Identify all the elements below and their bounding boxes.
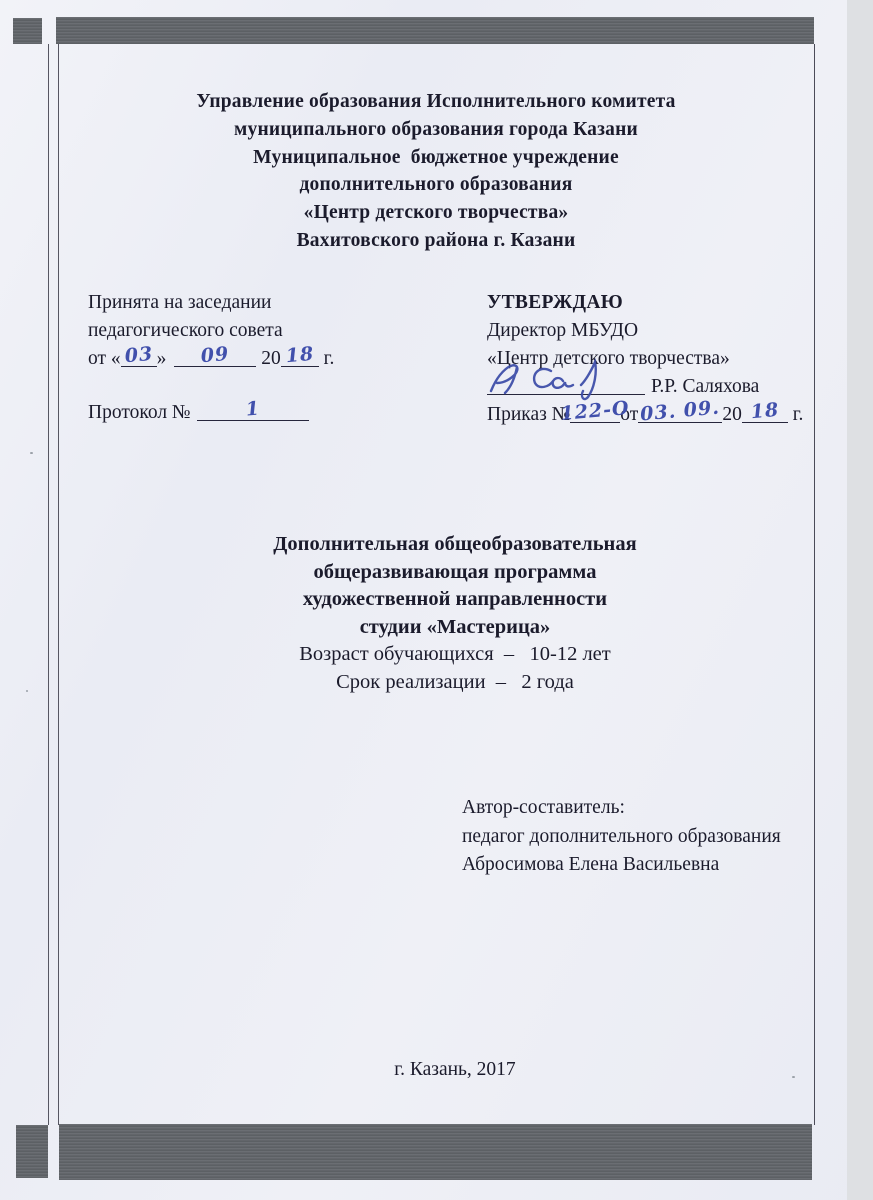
order-line: Приказ №122-Оот03. 09.2018 г.	[487, 401, 803, 429]
scan-artifact-bar-bottom	[59, 1124, 812, 1180]
handwritten-protocol-number: 1	[244, 394, 261, 423]
program-title-line-2: общеразвивающая программа	[95, 559, 815, 587]
date-month-blank: 09	[174, 346, 256, 367]
header-line-1: Управление образования Исполнительного к…	[57, 88, 815, 116]
header-line-5: «Центр детского творчества»	[57, 199, 815, 227]
author-label: Автор-составитель:	[462, 794, 781, 823]
program-age-line: Возраст обучающихся – 10-12 лет	[95, 641, 815, 669]
protocol-label: Протокол №	[88, 402, 191, 423]
page-fold-line-left-outer	[48, 44, 49, 1125]
acceptance-line-1: Принята на заседании	[88, 289, 334, 317]
author-name: Абросимова Елена Васильевна	[462, 851, 781, 880]
date-year-prefix: 20	[256, 348, 280, 369]
approval-heading: УТВЕРЖДАЮ	[487, 289, 803, 317]
scan-artifact-bar-top	[56, 17, 814, 44]
signature-blank	[487, 374, 645, 395]
scanner-edge-strip	[847, 0, 873, 1200]
handwritten-day: 03	[123, 340, 154, 370]
order-number-blank: 122-О	[570, 402, 620, 423]
program-term-line: Срок реализации – 2 года	[95, 669, 815, 697]
protocol-number-blank: 1	[197, 400, 309, 421]
order-year-prefix: 20	[722, 404, 742, 425]
handwritten-order-date: 03. 09.	[639, 394, 721, 429]
date-prefix: от «	[88, 348, 121, 369]
protocol-line: Протокол №1	[88, 399, 334, 427]
scan-speck	[26, 690, 28, 692]
handwritten-order-number: 122-О	[560, 394, 631, 428]
header-line-6: Вахитовского района г. Казани	[57, 227, 815, 255]
header-line-2: муниципального образования города Казани	[57, 116, 815, 144]
scan-speck	[30, 452, 33, 454]
scanned-document-page: Управление образования Исполнительного к…	[0, 0, 873, 1200]
program-title-line-1: Дополнительная общеобразовательная	[95, 531, 815, 559]
program-title-line-4: студии «Мастерица»	[95, 614, 815, 642]
header-line-4: дополнительного образования	[57, 171, 815, 199]
order-year-blank: 18	[742, 402, 788, 423]
order-suffix: г.	[788, 404, 804, 425]
organization-header: Управление образования Исполнительного к…	[57, 88, 815, 255]
order-date-blank: 03. 09.	[638, 402, 722, 423]
handwritten-order-year: 18	[749, 396, 780, 426]
handwritten-year: 18	[284, 340, 315, 370]
author-position: педагог дополнительного образования	[462, 823, 781, 852]
date-suffix: г.	[319, 348, 335, 369]
approval-director-line: Директор МБУДО	[487, 317, 803, 345]
date-close-quote: »	[157, 348, 167, 369]
scan-artifact-bar-bottom-left	[16, 1125, 48, 1178]
acceptance-block: Принята на заседании педагогического сов…	[88, 289, 334, 427]
footer-city-year: г. Казань, 2017	[95, 1059, 815, 1081]
approval-block: УТВЕРЖДАЮ Директор МБУДО «Центр детского…	[487, 289, 803, 429]
handwritten-month: 09	[200, 340, 231, 370]
program-title-block: Дополнительная общеобразовательная общер…	[95, 531, 815, 696]
header-line-3: Муниципальное бюджетное учреждение	[57, 144, 815, 172]
order-label: Приказ №	[487, 404, 570, 425]
scan-artifact-bar-top-left	[13, 18, 42, 44]
acceptance-date-line: от «03»09 2018 г.	[88, 345, 334, 373]
program-title-line-3: художественной направленности	[95, 586, 815, 614]
date-year-blank: 18	[281, 346, 319, 367]
author-block: Автор-составитель: педагог дополнительно…	[462, 794, 781, 880]
date-day-blank: 03	[121, 346, 157, 367]
